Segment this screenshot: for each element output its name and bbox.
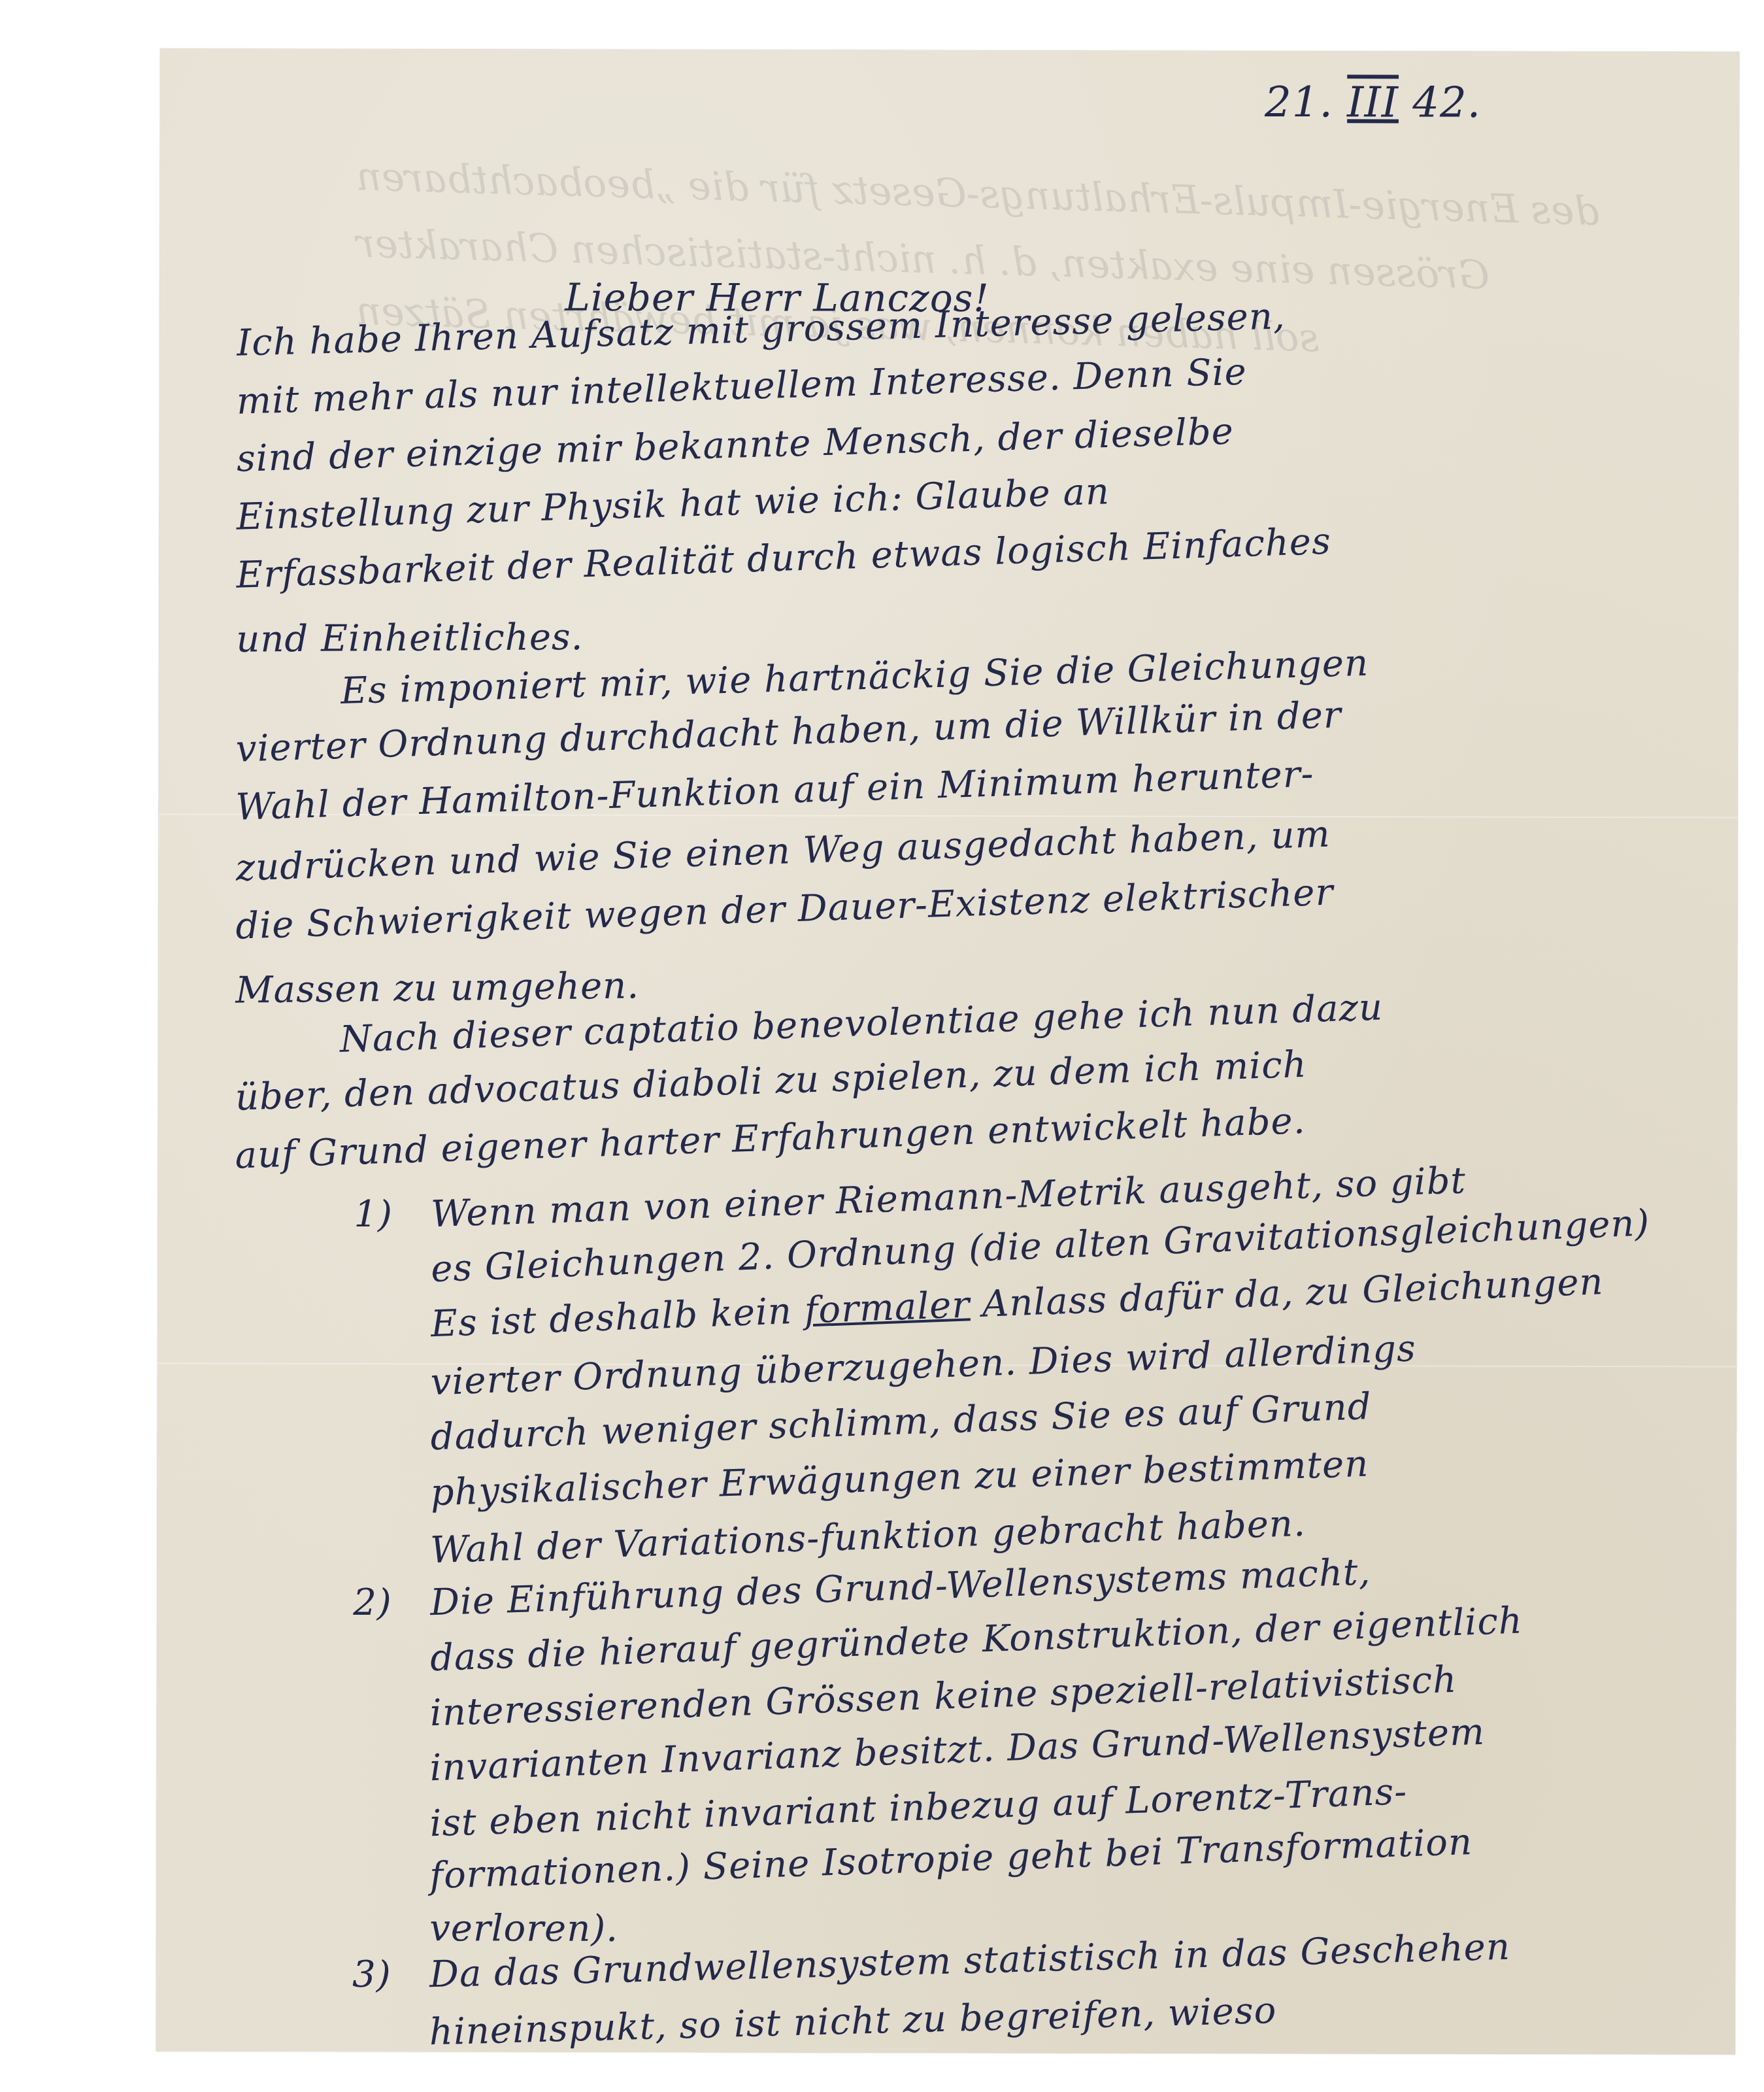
letter-line: verloren). [429,1907,618,1950]
letter-sheet: des Energie-Impuls-Erhaltungs-Gesetz für… [156,48,1739,2054]
letter-body: Ich habe Ihren Aufsatz mit grossem Inter… [160,48,1739,52]
list-number: 1) [354,1193,393,1236]
date-year: 42. [1412,78,1481,127]
date-month: III [1347,78,1399,127]
letter-line: mit mehr als nur intellektuellem Interes… [236,350,1247,422]
underlined-word: formaler [804,1283,971,1332]
letter-line: sind der einzige mir bekannte Mensch, de… [236,411,1234,481]
letter-date: 21. III 42. [1265,78,1481,127]
letter-line: und Einheitliches. [236,616,584,661]
date-day: 21. [1265,78,1333,127]
letter-line: hineinspukt, so ist nicht zu begreifen, … [429,1989,1277,2053]
letter-line: Einstellung zur Physik hat wie ich: Glau… [236,471,1110,539]
letter-line: Massen zu umgehen. [235,964,640,1011]
list-number: 3) [352,1953,391,1996]
list-number: 2) [353,1581,392,1624]
